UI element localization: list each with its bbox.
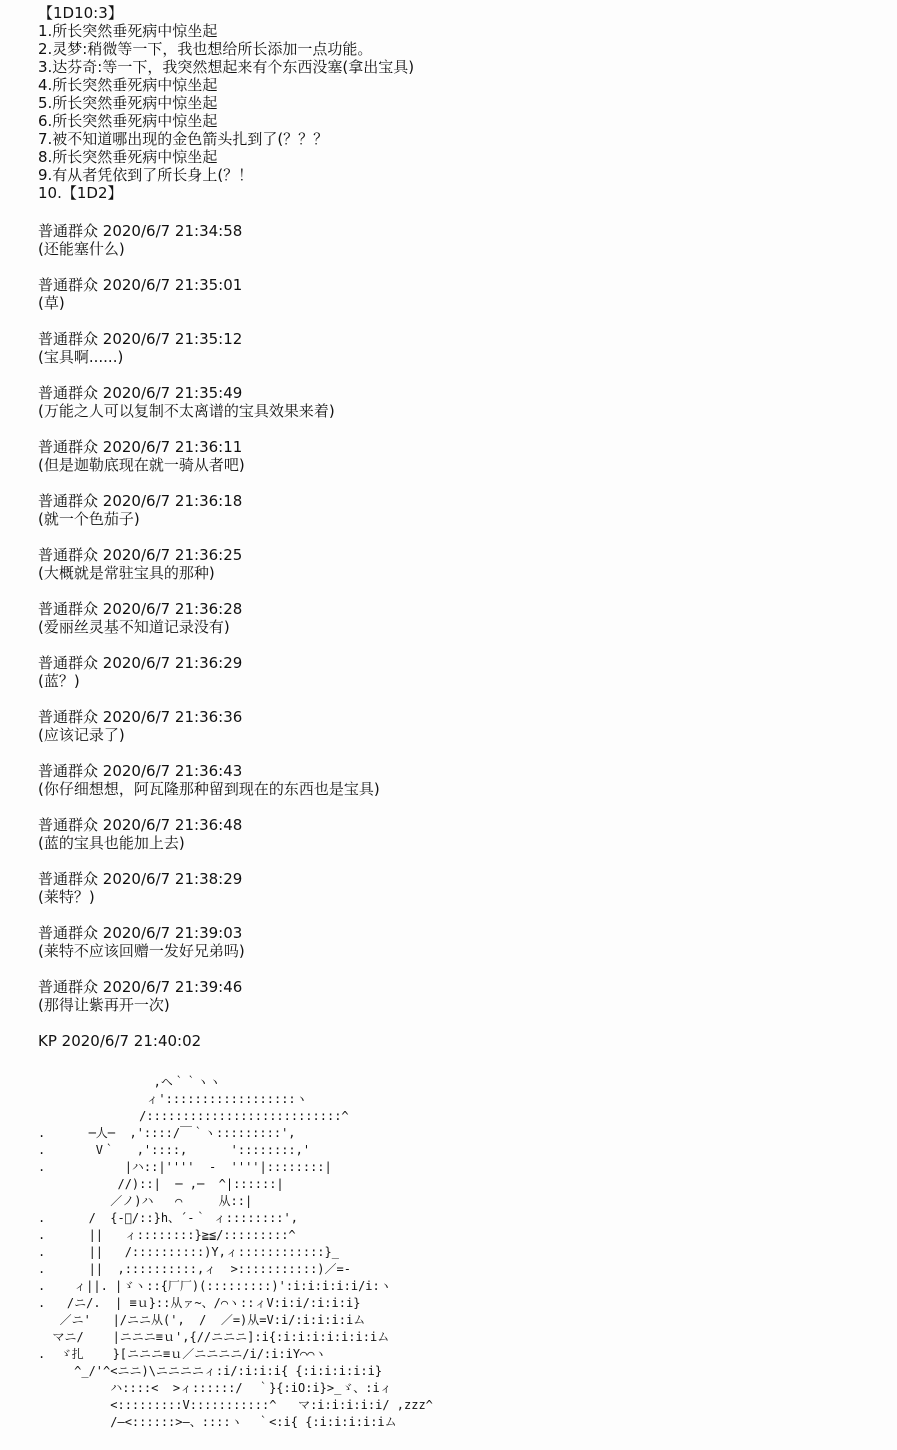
comment-content: (蓝的宝具也能加上去) — [38, 834, 887, 852]
dice-option: 7.被不知道哪出现的金色箭头扎到了(？？？ — [38, 130, 887, 148]
dice-option: 3.达芬奇:等一下，我突然想起来有个东西没塞(拿出宝具) — [38, 58, 887, 76]
dice-option: 10.【1D2】 — [38, 184, 887, 202]
kp-post: KP 2020/6/7 21:40:02 — [38, 1032, 887, 1050]
comment: 普通群众 2020/6/7 21:36:48 (蓝的宝具也能加上去) — [38, 816, 887, 852]
comment-content: (还能塞什么) — [38, 240, 887, 258]
comment: 普通群众 2020/6/7 21:36:25 (大概就是常驻宝具的那种) — [38, 546, 887, 582]
comment-content: (大概就是常驻宝具的那种) — [38, 564, 887, 582]
comment-content: (应该记录了) — [38, 726, 887, 744]
comment: 普通群众 2020/6/7 21:35:01 (草) — [38, 276, 887, 312]
comment-content: (莱特？) — [38, 888, 887, 906]
comment: 普通群众 2020/6/7 21:36:29 (蓝？) — [38, 654, 887, 690]
comment-author: 普通群众 — [38, 978, 98, 996]
comment-timestamp: 2020/6/7 21:39:03 — [103, 924, 243, 942]
comment-author: 普通群众 — [38, 762, 98, 780]
comment-author: 普通群众 — [38, 708, 98, 726]
comment-content: (就一个色茄子) — [38, 510, 887, 528]
comments-list: 普通群众 2020/6/7 21:34:58 (还能塞什么) 普通群众 2020… — [38, 222, 887, 1014]
comment: 普通群众 2020/6/7 21:36:28 (爱丽丝灵基不知道记录没有) — [38, 600, 887, 636]
comment-timestamp: 2020/6/7 21:35:01 — [103, 276, 243, 294]
thread-page: 【1D10:3】 1.所长突然垂死病中惊坐起 2.灵梦:稍微等一下，我也想给所长… — [0, 0, 897, 1450]
dice-option: 5.所长突然垂死病中惊坐起 — [38, 94, 887, 112]
comment: 普通群众 2020/6/7 21:36:18 (就一个色茄子) — [38, 492, 887, 528]
dice-option: 8.所长突然垂死病中惊坐起 — [38, 148, 887, 166]
dice-option: 6.所长突然垂死病中惊坐起 — [38, 112, 887, 130]
comment-content: (草) — [38, 294, 887, 312]
dice-option: 2.灵梦:稍微等一下，我也想给所长添加一点功能。 — [38, 40, 887, 58]
comment-timestamp: 2020/6/7 21:36:36 — [103, 708, 243, 726]
dice-roll-header: 【1D10:3】 — [38, 4, 887, 22]
comment: 普通群众 2020/6/7 21:35:49 (万能之人可以复制不太离谱的宝具效… — [38, 384, 887, 420]
comment-content: (莱特不应该回赠一发好兄弟吗) — [38, 942, 887, 960]
dice-option: 4.所长突然垂死病中惊坐起 — [38, 76, 887, 94]
comment: 普通群众 2020/6/7 21:36:11 (但是迦勒底现在就一骑从者吧) — [38, 438, 887, 474]
kp-author: KP — [38, 1032, 57, 1050]
comment-timestamp: 2020/6/7 21:36:25 — [103, 546, 243, 564]
comment-author: 普通群众 — [38, 492, 98, 510]
kp-timestamp: 2020/6/7 21:40:02 — [62, 1032, 202, 1050]
comment-author: 普通群众 — [38, 816, 98, 834]
comment-timestamp: 2020/6/7 21:36:29 — [103, 654, 243, 672]
comment-timestamp: 2020/6/7 21:39:46 — [103, 978, 243, 996]
comment-author: 普通群众 — [38, 438, 98, 456]
comment-content: (你仔细想想，阿瓦隆那种留到现在的东西也是宝具) — [38, 780, 887, 798]
comment: 普通群众 2020/6/7 21:36:43 (你仔细想想，阿瓦隆那种留到现在的… — [38, 762, 887, 798]
comment-author: 普通群众 — [38, 870, 98, 888]
comment-timestamp: 2020/6/7 21:35:49 — [103, 384, 243, 402]
dice-option: 1.所长突然垂死病中惊坐起 — [38, 22, 887, 40]
comment-author: 普通群众 — [38, 384, 98, 402]
comment-timestamp: 2020/6/7 21:36:28 — [103, 600, 243, 618]
comment-author: 普通群众 — [38, 546, 98, 564]
comment-author: 普通群众 — [38, 654, 98, 672]
comment-content: (爱丽丝灵基不知道记录没有) — [38, 618, 887, 636]
comment: 普通群众 2020/6/7 21:39:46 (那得让紫再开一次) — [38, 978, 887, 1014]
comment: 普通群众 2020/6/7 21:38:29 (莱特？) — [38, 870, 887, 906]
comment-author: 普通群众 — [38, 276, 98, 294]
comment-content: (万能之人可以复制不太离谱的宝具效果来着) — [38, 402, 887, 420]
comment-author: 普通群众 — [38, 600, 98, 618]
dice-roll-block: 【1D10:3】 1.所长突然垂死病中惊坐起 2.灵梦:稍微等一下，我也想给所长… — [38, 4, 887, 202]
comment: 普通群众 2020/6/7 21:36:36 (应该记录了) — [38, 708, 887, 744]
comment-content: (但是迦勒底现在就一骑从者吧) — [38, 456, 887, 474]
dice-option: 9.有从者凭依到了所长身上(？！ — [38, 166, 887, 184]
comment-content: (那得让紫再开一次) — [38, 996, 887, 1014]
comment-author: 普通群众 — [38, 330, 98, 348]
comment: 普通群众 2020/6/7 21:34:58 (还能塞什么) — [38, 222, 887, 258]
comment-timestamp: 2020/6/7 21:36:48 — [103, 816, 243, 834]
comment-author: 普通群众 — [38, 924, 98, 942]
comment-timestamp: 2020/6/7 21:34:58 — [103, 222, 243, 240]
comment-content: (宝具啊......) — [38, 348, 887, 366]
comment-timestamp: 2020/6/7 21:35:12 — [103, 330, 243, 348]
ascii-art-character: ,ヘ｀｀ヽヽ ィ'::::::::::::::::::ヽ /::::::::::… — [38, 1074, 887, 1431]
comment-timestamp: 2020/6/7 21:36:11 — [103, 438, 243, 456]
comment: 普通群众 2020/6/7 21:35:12 (宝具啊......) — [38, 330, 887, 366]
comment-author: 普通群众 — [38, 222, 98, 240]
comment: 普通群众 2020/6/7 21:39:03 (莱特不应该回赠一发好兄弟吗) — [38, 924, 887, 960]
comment-timestamp: 2020/6/7 21:38:29 — [103, 870, 243, 888]
comment-content: (蓝？) — [38, 672, 887, 690]
comment-timestamp: 2020/6/7 21:36:18 — [103, 492, 243, 510]
comment-timestamp: 2020/6/7 21:36:43 — [103, 762, 243, 780]
